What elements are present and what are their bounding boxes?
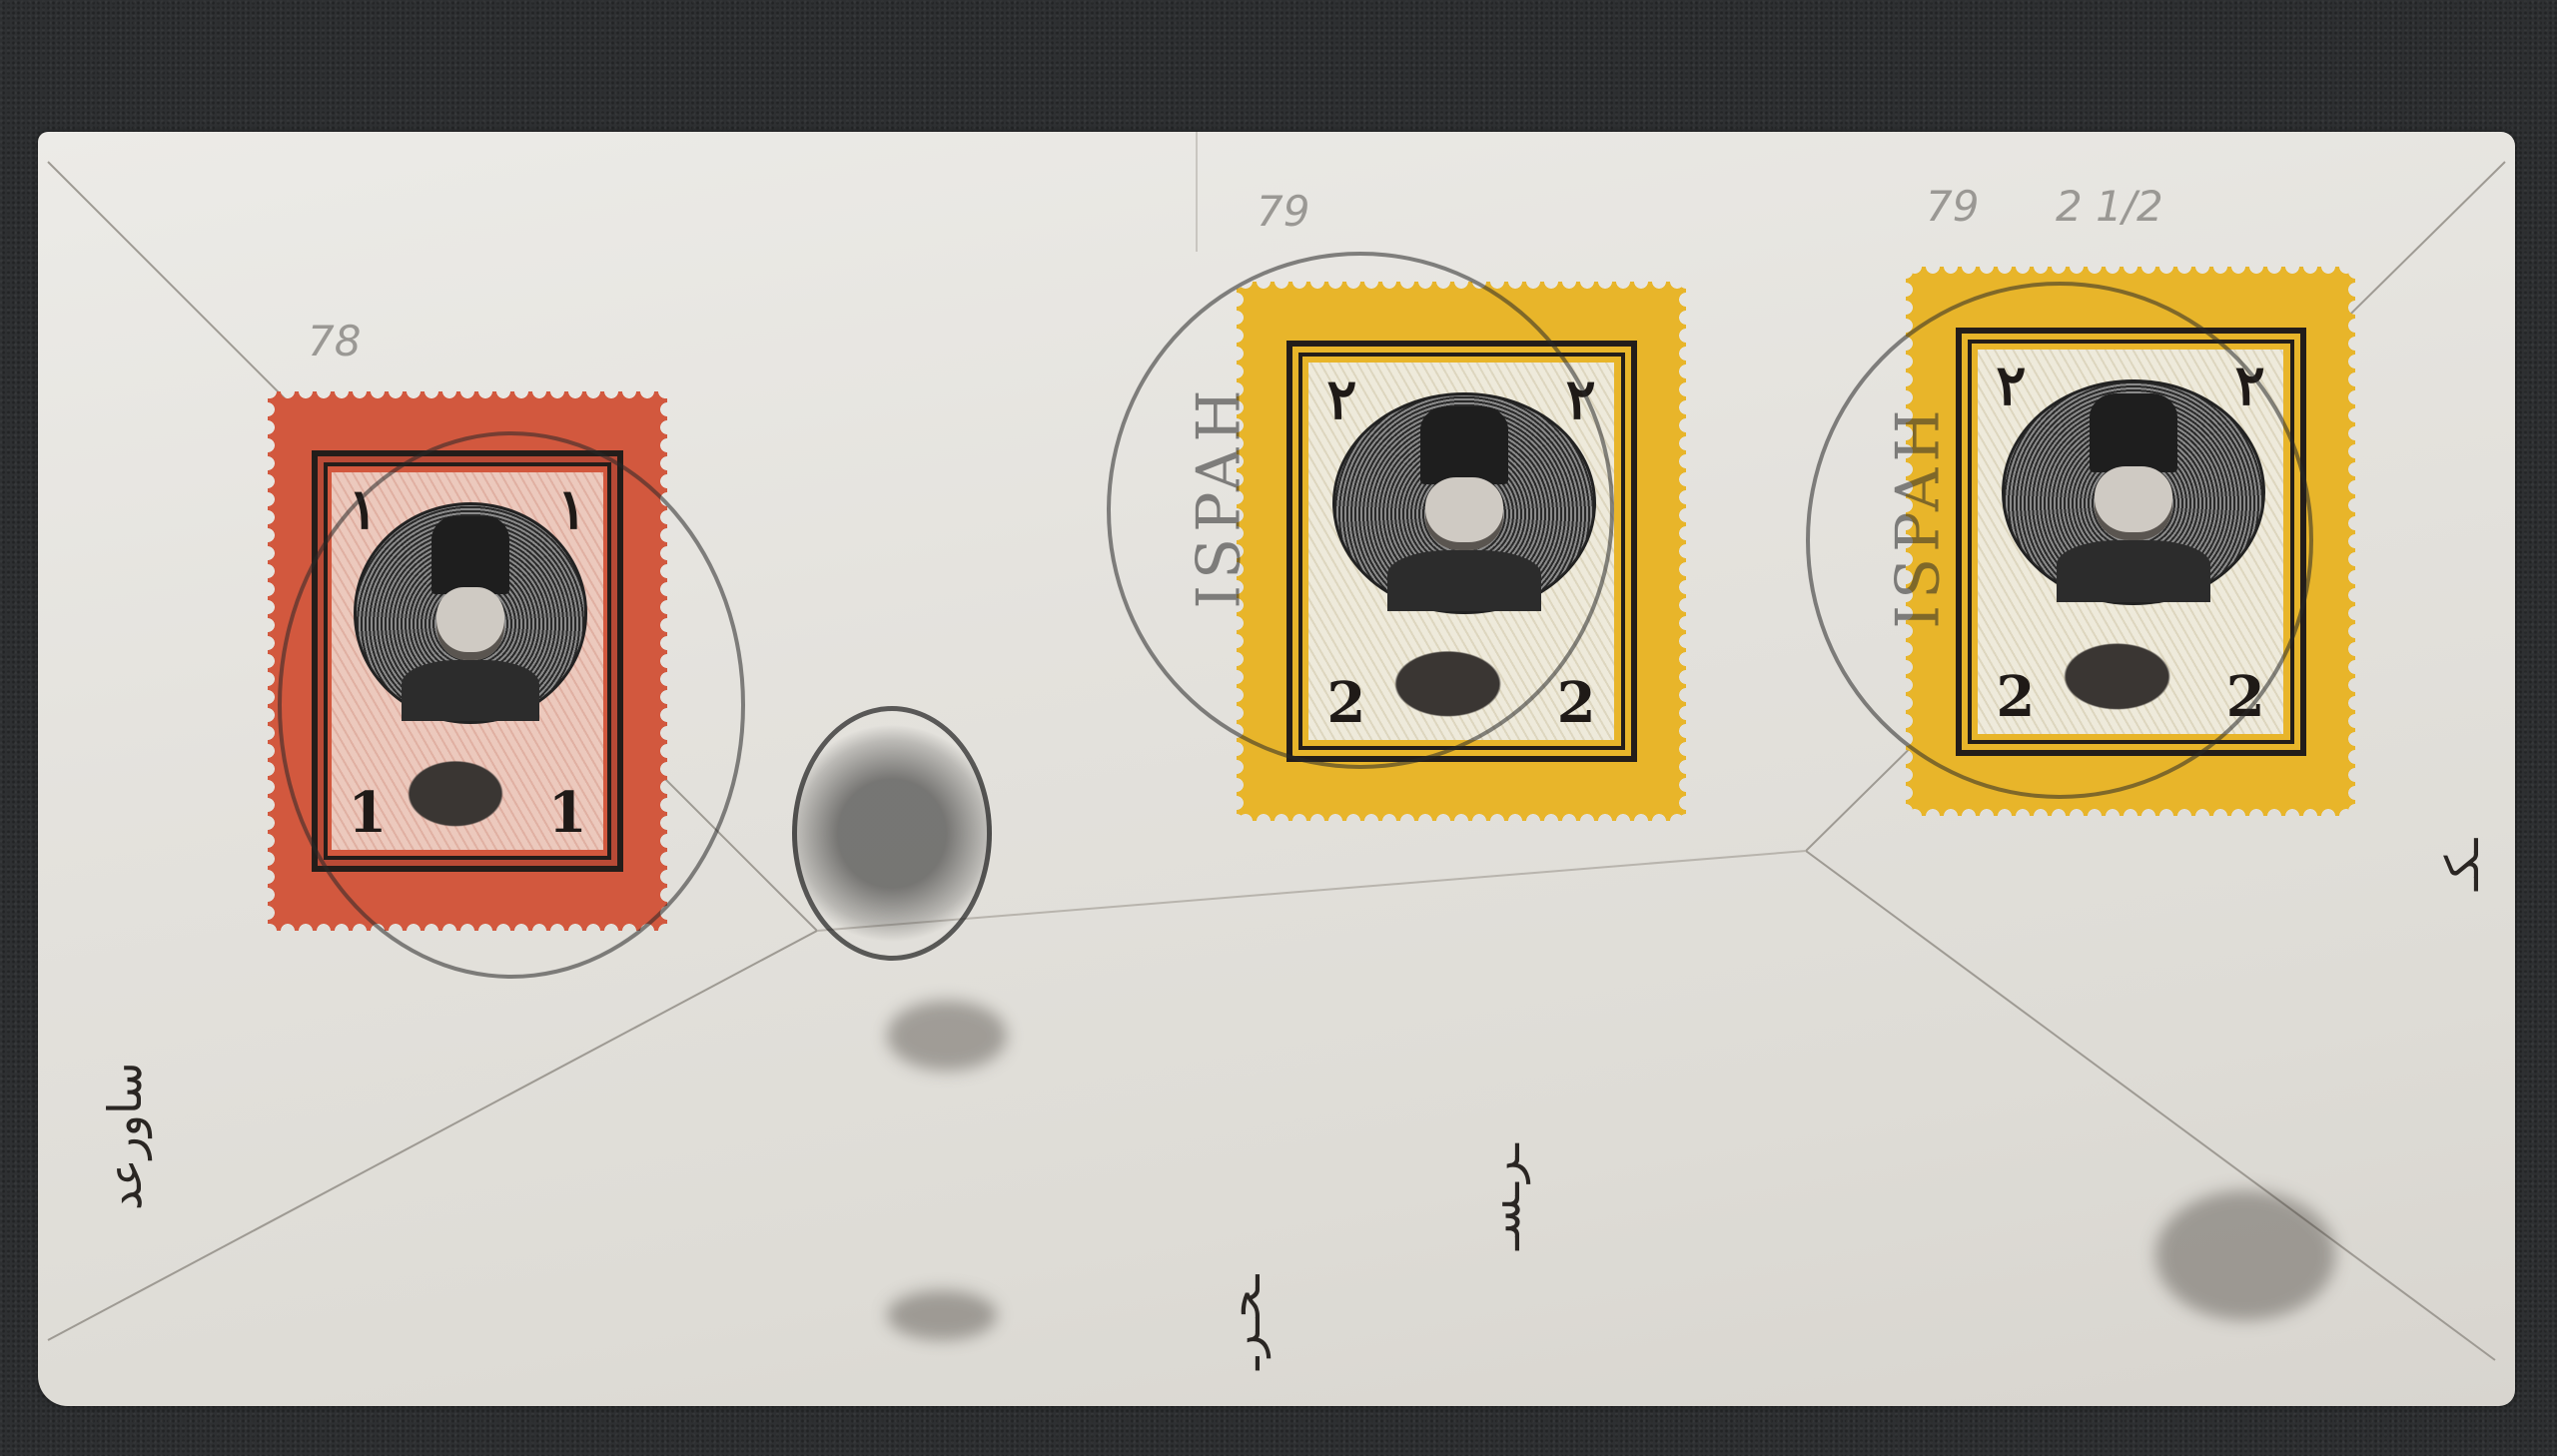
postmark-text: ISPAH bbox=[1185, 383, 1255, 608]
postmark-circle bbox=[278, 431, 745, 979]
ink-smudge bbox=[887, 1290, 997, 1340]
pencil-note-extra: 2 1/2 bbox=[2056, 182, 2163, 231]
stamp-2-numeral: 2 bbox=[1557, 670, 1596, 736]
postmark-circle bbox=[1806, 282, 2313, 799]
handwriting-block: ـرـسـ bbox=[1476, 891, 1531, 1250]
envelope: 78 79 79 2 1/2 ۱ ۱ 1 1 bbox=[38, 132, 2515, 1406]
pencil-note-stamp-1: 78 bbox=[308, 317, 361, 365]
postmark-circle bbox=[1107, 252, 1614, 769]
ink-smudge bbox=[2155, 1190, 2335, 1320]
handwriting-block: ـحـرـ bbox=[1217, 951, 1272, 1370]
pencil-note-stamp-3: 79 bbox=[1926, 182, 1979, 231]
oval-seal-stamp bbox=[792, 706, 992, 961]
postmark-text: ISPAH bbox=[1884, 403, 1954, 628]
ink-smudge bbox=[887, 1001, 1007, 1071]
pencil-note-stamp-2: 79 bbox=[1257, 187, 1309, 236]
handwriting-block: ساورعد bbox=[98, 851, 153, 1210]
handwriting-block: ـکـ bbox=[2435, 232, 2490, 891]
